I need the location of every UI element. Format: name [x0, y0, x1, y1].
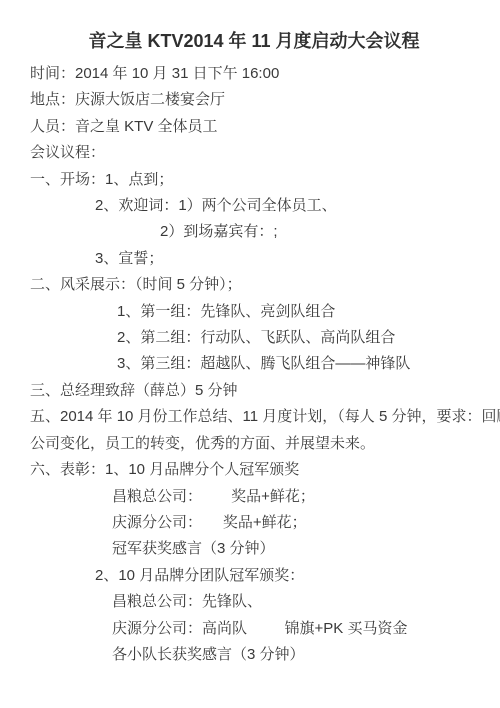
team-award-changliang: 昌粮总公司：先锋队、 — [112, 589, 478, 615]
line-time: 时间：2014 年 10 月 31 日下午 16:00 — [30, 61, 478, 87]
item-6-individual-awards: 六、表彰：1、10 月品牌分个人冠军颁奖 — [30, 457, 478, 483]
award-champion-speech: 冠军获奖感言（3 分钟） — [112, 536, 478, 562]
award-qingyuan-prize: 庆源分公司： 奖品+鲜花； — [112, 510, 478, 536]
item-2-group-3: 3、第三组：超越队、腾飞队组合——神锋队 — [117, 351, 478, 377]
line-location: 地点：庆源大饭店二楼宴会厅 — [30, 87, 478, 113]
item-1-oath: 3、宣誓； — [95, 246, 478, 272]
item-1-welcome: 2、欢迎词：1）两个公司全体员工、 — [95, 193, 478, 219]
item-1-opening: 一、开场：1、点到； — [30, 167, 478, 193]
item-5-work-summary-cont: 公司变化，员工的转变，优秀的方面、并展望未来。 — [30, 431, 478, 457]
item-3-gm-speech: 三、总经理致辞（薛总）5 分钟 — [30, 378, 478, 404]
line-attendees: 人员：音之皇 KTV 全体员工 — [30, 114, 478, 140]
item-1-welcome-guests: 2）到场嘉宾有：; — [160, 219, 478, 245]
team-leader-speech: 各小队长获奖感言（3 分钟） — [112, 642, 478, 668]
document-title: 音之皇 KTV2014 年 11 月度启动大会议程 — [30, 27, 478, 55]
item-2-group-1: 1、第一组：先锋队、亮剑队组合 — [117, 299, 478, 325]
agenda-document-page: 音之皇 KTV2014 年 11 月度启动大会议程 时间：2014 年 10 月… — [0, 0, 500, 708]
award-changliang-prize: 昌粮总公司： 奖品+鲜花； — [112, 484, 478, 510]
team-award-qingyuan: 庆源分公司：高尚队 锦旗+PK 买马资金 — [112, 616, 478, 642]
item-6-team-awards: 2、10 月品牌分团队冠军颁奖： — [95, 563, 478, 589]
item-2-performance: 二、风采展示：（时间 5 分钟）； — [30, 272, 478, 298]
item-2-group-2: 2、第二组：行动队、飞跃队、高尚队组合 — [117, 325, 478, 351]
item-5-work-summary: 五、2014 年 10 月份工作总结、11 月度计划，（每人 5 分钟，要求：回… — [30, 404, 478, 430]
line-agenda-label: 会议议程： — [30, 140, 478, 166]
